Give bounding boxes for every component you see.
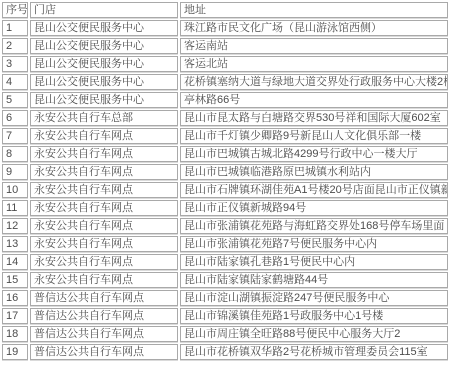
cell-address: 昆山市陆家镇孔巷路1号便民中心内: [180, 254, 448, 270]
cell-store: 普信达公共自行车网点: [30, 290, 178, 306]
cell-address: 昆山市石牌镇环湖佳苑A1号楼20号店面昆山市正仪镇新城路94号: [180, 182, 448, 198]
cell-store: 永安公共自行车网点: [30, 128, 178, 144]
cell-index: 4: [2, 74, 28, 90]
cell-address: 昆山市锦溪镇佳苑路1号政服务中心1号楼: [180, 308, 448, 324]
cell-store: 昆山公交便民服务中心: [30, 92, 178, 108]
cell-index: 9: [2, 164, 28, 180]
table-row: 16 普信达公共自行车网点 昆山市淀山湖镇振淀路247号便民服务中心: [2, 290, 448, 306]
cell-address: 昆山市巴城镇古城北路4299号行政中心一楼大厅: [180, 146, 448, 162]
cell-address: 昆山市巴城镇临港路原巴城镇水利站内: [180, 164, 448, 180]
header-store: 门店: [30, 2, 178, 18]
cell-store: 永安公共自行车网点: [30, 164, 178, 180]
cell-store: 普信达公共自行车网点: [30, 326, 178, 342]
table-row: 9 永安公共自行车网点 昆山市巴城镇临港路原巴城镇水利站内: [2, 164, 448, 180]
cell-index: 3: [2, 56, 28, 72]
cell-index: 5: [2, 92, 28, 108]
cell-index: 19: [2, 344, 28, 360]
cell-index: 8: [2, 146, 28, 162]
cell-address: 珠江路市民文化广场（昆山游泳馆西侧）: [180, 20, 448, 36]
table-row: 19 普信达公共自行车网点 昆山市花桥镇双华路2号花桥城市管理委员会115室: [2, 344, 448, 360]
cell-address: 亭林路66号: [180, 92, 448, 108]
cell-store: 昆山公交便民服务中心: [30, 56, 178, 72]
cell-address: 花桥镇塞纳大道与绿地大道交界处行政服务中心大楼2楼: [180, 74, 448, 90]
cell-address: 昆山市陆家镇陆家鹤塘路44号: [180, 272, 448, 288]
cell-store: 永安公共自行车总部: [30, 110, 178, 126]
table-row: 15 永安公共自行车网点 昆山市陆家镇陆家鹤塘路44号: [2, 272, 448, 288]
table-row: 17 普信达公共自行车网点 昆山市锦溪镇佳苑路1号政服务中心1号楼: [2, 308, 448, 324]
cell-address: 昆山市张浦镇花苑路与海虹路交界处168号停车场里面: [180, 218, 448, 234]
header-index: 序号: [2, 2, 28, 18]
table-row: 2 昆山公交便民服务中心 客运南站: [2, 38, 448, 54]
cell-store: 普信达公共自行车网点: [30, 344, 178, 360]
cell-address: 客运北站: [180, 56, 448, 72]
cell-index: 18: [2, 326, 28, 342]
cell-address: 客运南站: [180, 38, 448, 54]
cell-address: 昆山市张浦镇花苑路7号便民服务中心内: [180, 236, 448, 252]
cell-address: 昆山市千灯镇少卿路9号新昆山人文化俱乐部一楼: [180, 128, 448, 144]
cell-store: 普信达公共自行车网点: [30, 308, 178, 324]
cell-index: 7: [2, 128, 28, 144]
cell-index: 11: [2, 200, 28, 216]
cell-index: 16: [2, 290, 28, 306]
table-row: 14 永安公共自行车网点 昆山市陆家镇孔巷路1号便民中心内: [2, 254, 448, 270]
cell-store: 永安公共自行车网点: [30, 200, 178, 216]
cell-index: 13: [2, 236, 28, 252]
table-row: 12 永安公共自行车网点 昆山市张浦镇花苑路与海虹路交界处168号停车场里面: [2, 218, 448, 234]
cell-store: 永安公共自行车网点: [30, 146, 178, 162]
cell-address: 昆山市正仪镇新城路94号: [180, 200, 448, 216]
cell-address: 昆山市花桥镇双华路2号花桥城市管理委员会115室: [180, 344, 448, 360]
header-address: 地址: [180, 2, 448, 18]
table-row: 6 永安公共自行车总部 昆山市昆太路与白塘路交界530号祥和国际大厦602室: [2, 110, 448, 126]
cell-address: 昆山市周庄镇全旺路88号便民中心服务大厅2: [180, 326, 448, 342]
cell-index: 10: [2, 182, 28, 198]
cell-index: 14: [2, 254, 28, 270]
cell-store: 昆山公交便民服务中心: [30, 74, 178, 90]
cell-address: 昆山市淀山湖镇振淀路247号便民服务中心: [180, 290, 448, 306]
table-row: 7 永安公共自行车网点 昆山市千灯镇少卿路9号新昆山人文化俱乐部一楼: [2, 128, 448, 144]
cell-index: 17: [2, 308, 28, 324]
cell-index: 12: [2, 218, 28, 234]
table-body: 1 昆山公交便民服务中心 珠江路市民文化广场（昆山游泳馆西侧） 2 昆山公交便民…: [2, 20, 448, 360]
cell-store: 永安公共自行车网点: [30, 182, 178, 198]
table-row: 10 永安公共自行车网点 昆山市石牌镇环湖佳苑A1号楼20号店面昆山市正仪镇新城…: [2, 182, 448, 198]
table-row: 13 永安公共自行车网点 昆山市张浦镇花苑路7号便民服务中心内: [2, 236, 448, 252]
table-row: 5 昆山公交便民服务中心 亭林路66号: [2, 92, 448, 108]
table-row: 4 昆山公交便民服务中心 花桥镇塞纳大道与绿地大道交界处行政服务中心大楼2楼: [2, 74, 448, 90]
service-point-table: 序号 门店 地址 1 昆山公交便民服务中心 珠江路市民文化广场（昆山游泳馆西侧）…: [0, 0, 450, 362]
cell-address: 昆山市昆太路与白塘路交界530号祥和国际大厦602室: [180, 110, 448, 126]
table-row: 18 普信达公共自行车网点 昆山市周庄镇全旺路88号便民中心服务大厅2: [2, 326, 448, 342]
cell-index: 2: [2, 38, 28, 54]
cell-index: 1: [2, 20, 28, 36]
cell-store: 永安公共自行车网点: [30, 272, 178, 288]
table-row: 3 昆山公交便民服务中心 客运北站: [2, 56, 448, 72]
cell-store: 昆山公交便民服务中心: [30, 20, 178, 36]
table-row: 1 昆山公交便民服务中心 珠江路市民文化广场（昆山游泳馆西侧）: [2, 20, 448, 36]
cell-store: 昆山公交便民服务中心: [30, 38, 178, 54]
cell-store: 永安公共自行车网点: [30, 254, 178, 270]
header-row: 序号 门店 地址: [2, 2, 448, 18]
cell-store: 永安公共自行车网点: [30, 218, 178, 234]
cell-index: 15: [2, 272, 28, 288]
cell-store: 永安公共自行车网点: [30, 236, 178, 252]
table-row: 11 永安公共自行车网点 昆山市正仪镇新城路94号: [2, 200, 448, 216]
cell-index: 6: [2, 110, 28, 126]
table-row: 8 永安公共自行车网点 昆山市巴城镇古城北路4299号行政中心一楼大厅: [2, 146, 448, 162]
table-header: 序号 门店 地址: [2, 2, 448, 18]
